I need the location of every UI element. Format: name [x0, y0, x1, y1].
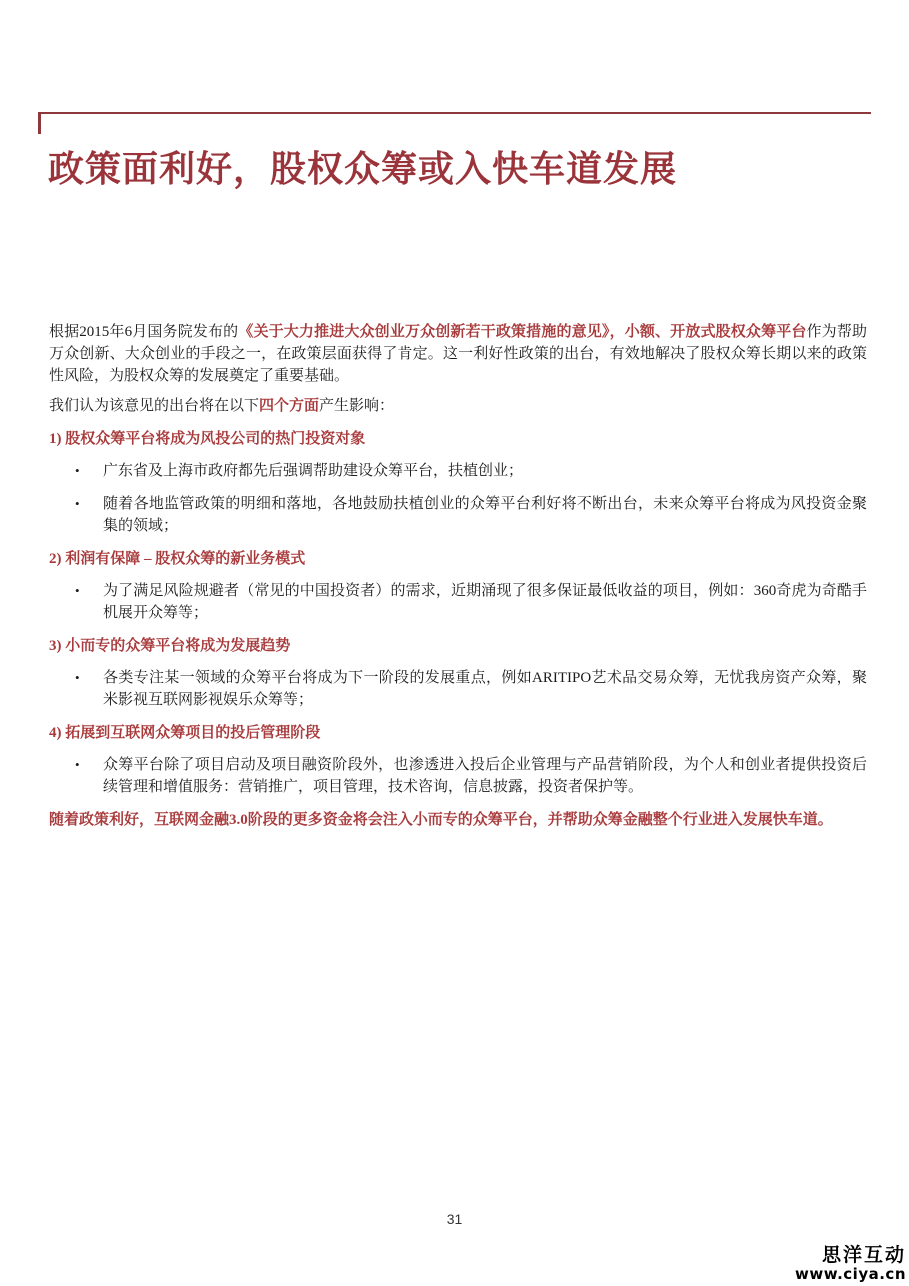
intro-paragraph: 根据2015年6月国务院发布的《关于大力推进大众创业万众创新若干政策措施的意见》…: [49, 321, 867, 387]
list-item: • 随着各地监管政策的明细和落地，各地鼓励扶植创业的众筹平台利好将不断出台，未来…: [49, 493, 867, 537]
bullet-icon: •: [75, 580, 103, 602]
watermark: 思洋互动 www.ciya.cn: [795, 1245, 906, 1282]
report-page: 政策面利好，股权众筹或入快车道发展 根据2015年6月国务院发布的《关于大力推进…: [0, 0, 909, 1286]
body-column: 根据2015年6月国务院发布的《关于大力推进大众创业万众创新若干政策措施的意见》…: [49, 321, 867, 831]
intro-text-pre: 根据2015年6月国务院发布的: [49, 324, 238, 340]
bullet-icon: •: [75, 754, 103, 776]
conclusion-paragraph: 随着政策利好，互联网金融3.0阶段的更多资金将会注入小而专的众筹平台，并帮助众筹…: [49, 809, 867, 831]
section-heading-3: 3) 小而专的众筹平台将成为发展趋势: [49, 635, 867, 657]
list-item: • 各类专注某一领域的众筹平台将成为下一阶段的发展重点，例如ARITIPO艺术品…: [49, 667, 867, 711]
bullet-icon: •: [75, 460, 103, 482]
list-item: • 众筹平台除了项目启动及项目融资阶段外，也渗透进入投后企业管理与产品营销阶段，…: [49, 754, 867, 798]
header-rule-corner: [38, 112, 41, 134]
lead-highlight: 四个方面: [259, 398, 319, 414]
intro-highlight: 《关于大力推进大众创业万众创新若干政策措施的意见》，小额、开放式股权众筹平台: [238, 324, 806, 340]
lead-paragraph: 我们认为该意见的出台将在以下四个方面产生影响：: [49, 395, 867, 417]
bullet-icon: •: [75, 667, 103, 689]
section-heading-4: 4) 拓展到互联网众筹项目的投后管理阶段: [49, 722, 867, 744]
bullet-text: 为了满足风险规避者（常见的中国投资者）的需求，近期涌现了很多保证最低收益的项目，…: [103, 580, 867, 624]
watermark-brand: 思洋互动: [795, 1245, 906, 1266]
bullet-text: 各类专注某一领域的众筹平台将成为下一阶段的发展重点，例如ARITIPO艺术品交易…: [103, 667, 867, 711]
page-number: 31: [0, 1211, 909, 1227]
section-heading-2: 2) 利润有保障 – 股权众筹的新业务模式: [49, 548, 867, 570]
bullet-text: 广东省及上海市政府都先后强调帮助建设众筹平台，扶植创业；: [103, 460, 867, 482]
bullet-icon: •: [75, 493, 103, 515]
header-rule: [38, 112, 871, 114]
section-heading-1: 1) 股权众筹平台将成为风投公司的热门投资对象: [49, 428, 867, 450]
list-item: • 广东省及上海市政府都先后强调帮助建设众筹平台，扶植创业；: [49, 460, 867, 482]
page-title: 政策面利好，股权众筹或入快车道发展: [48, 146, 868, 193]
lead-text-pre: 我们认为该意见的出台将在以下: [49, 398, 259, 414]
bullet-text: 随着各地监管政策的明细和落地，各地鼓励扶植创业的众筹平台利好将不断出台，未来众筹…: [103, 493, 867, 537]
watermark-url: www.ciya.cn: [795, 1266, 906, 1283]
lead-text-post: 产生影响：: [319, 398, 394, 414]
bullet-text: 众筹平台除了项目启动及项目融资阶段外，也渗透进入投后企业管理与产品营销阶段，为个…: [103, 754, 867, 798]
list-item: • 为了满足风险规避者（常见的中国投资者）的需求，近期涌现了很多保证最低收益的项…: [49, 580, 867, 624]
